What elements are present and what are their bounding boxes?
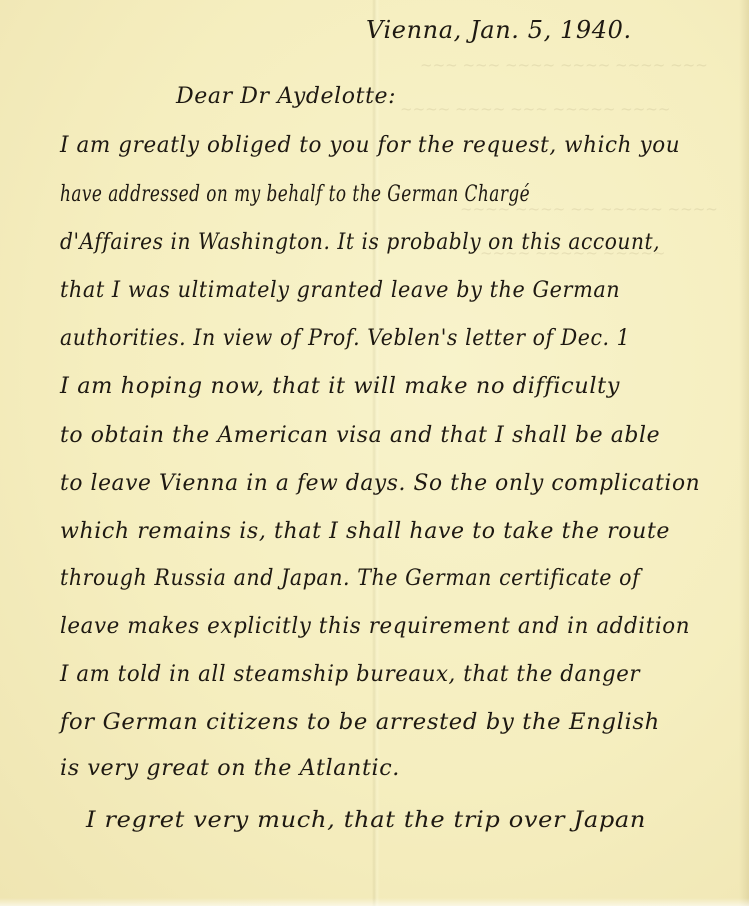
letter-line: I am told in all steamship bureaux, that… — [60, 662, 640, 687]
letter-line: is very great on the Atlantic. — [60, 756, 400, 781]
letter-line: I am hoping now, that it will make no di… — [60, 374, 620, 399]
paper-edge — [0, 898, 749, 906]
letter-page: ~~~ ~~~ ~~~~ ~~~~ ~~~~ ~~~ ~~~~ ~~~~ ~~~… — [0, 0, 749, 906]
letter-line: d'Affaires in Washington. It is probably… — [60, 230, 660, 255]
letter-salutation: Dear Dr Aydelotte: — [176, 84, 396, 109]
letter-line: I regret very much, that the trip over J… — [86, 808, 646, 833]
letter-line: through Russia and Japan. The German cer… — [60, 566, 640, 591]
show-through-text: ~~~~ ~~~~ ~~~ ~~~~~ ~~~~ — [400, 100, 670, 118]
letter-line: have addressed on my behalf to the Germa… — [60, 182, 530, 207]
letter-line: I am greatly obliged to you for the requ… — [60, 133, 680, 158]
show-through-text: ~~~ ~~~ ~~~~ ~~~~ ~~~~ ~~~ — [420, 56, 708, 74]
letter-line: which remains is, that I shall have to t… — [60, 519, 670, 544]
letter-line: to leave Vienna in a few days. So the on… — [60, 471, 700, 496]
letter-line: leave makes explicitly this requirement … — [60, 614, 690, 639]
paper-edge — [739, 0, 749, 906]
letter-line: for German citizens to be arrested by th… — [60, 710, 660, 735]
letter-line: authorities. In view of Prof. Veblen's l… — [60, 326, 630, 351]
letter-line: to obtain the American visa and that I s… — [60, 423, 660, 448]
letter-dateline: Vienna, Jan. 5, 1940. — [366, 16, 632, 44]
letter-line: that I was ultimately granted leave by t… — [60, 278, 620, 303]
